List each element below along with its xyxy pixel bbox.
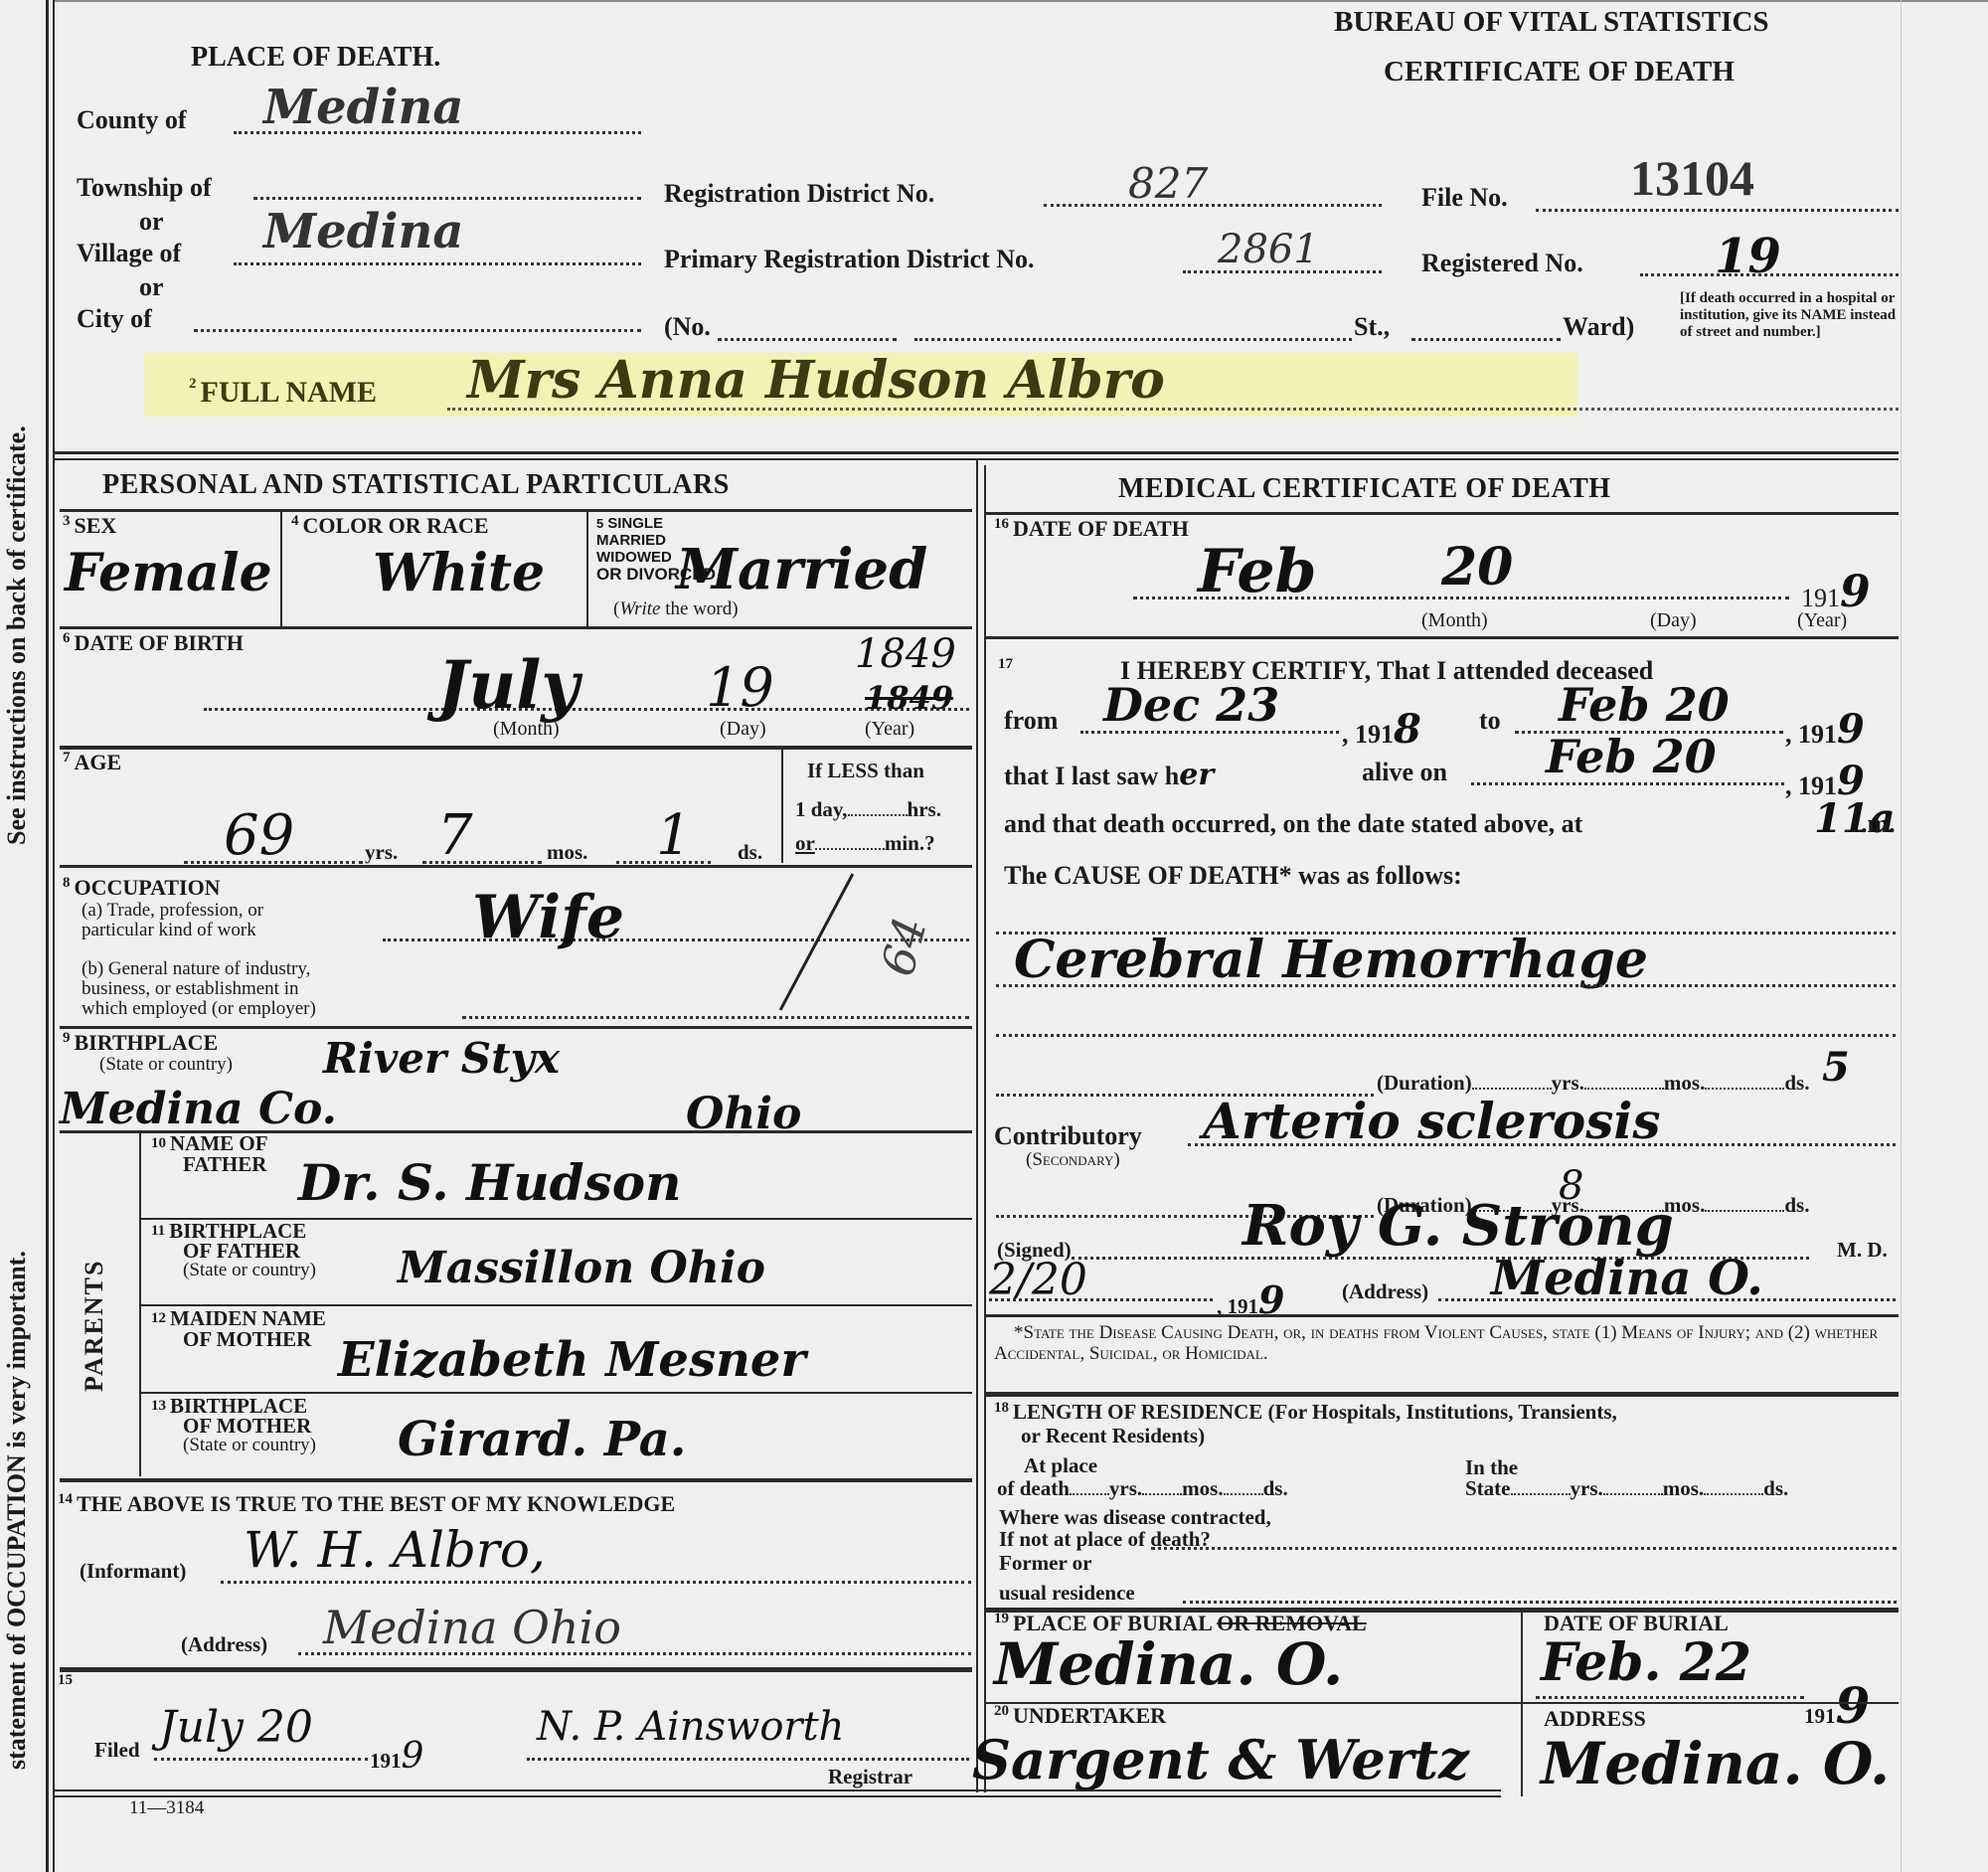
mother-birthplace-label-3: (State or country) (151, 1436, 316, 1455)
row-line-certify (986, 636, 1899, 639)
marital-value[interactable]: Married (676, 537, 927, 602)
date-of-death-day[interactable]: 20 (1441, 537, 1513, 597)
occupation-label: 8OCCUPATION (63, 875, 221, 901)
informant-title-text: THE ABOVE IS TRUE TO THE BEST OF MY KNOW… (77, 1491, 675, 1516)
burial-year-prefix: 191 (1804, 1704, 1836, 1728)
birthplace-sub: (State or country) (99, 1054, 233, 1076)
cause-line-3 (996, 1034, 1896, 1037)
column-divider-2 (984, 465, 986, 1792)
registration-district-line (1044, 204, 1382, 207)
dob-day[interactable]: 19 (706, 656, 774, 719)
birthplace-label-text: BIRTHPLACE (75, 1030, 219, 1055)
filed-date[interactable]: July 20 (159, 1702, 313, 1753)
bureau-title: BUREAU OF VITAL STATISTICS (1334, 6, 1769, 39)
death-occurred-label: and that death occurred, on the date sta… (1004, 809, 1582, 839)
registration-district-label: Registration District No. (664, 179, 934, 209)
dob-year-label: (Year) (865, 718, 914, 741)
alive-on-label: alive on (1362, 758, 1447, 787)
cause-title: The CAUSE OF DEATH* was as follows: (1004, 861, 1462, 891)
signed-address-label: (Address) (1342, 1279, 1428, 1304)
village-line (234, 262, 641, 265)
date-of-death-label-text: DATE OF DEATH (1013, 516, 1189, 541)
city-line (194, 329, 641, 332)
mother-birthplace-value[interactable]: Girard. Pa. (398, 1412, 687, 1467)
at-place-mos: mos. (1182, 1476, 1223, 1500)
left-border-inner (53, 0, 55, 1872)
sex-value[interactable]: Female (65, 543, 272, 603)
main-divider-1 (55, 451, 1899, 454)
file-no-line (1536, 209, 1899, 212)
father-birthplace-value[interactable]: Massillon Ohio (398, 1243, 765, 1293)
hrs-text: hrs. (908, 797, 941, 821)
informant-title: 14THE ABOVE IS TRUE TO THE BEST OF MY KN… (58, 1491, 675, 1517)
full-name-number: 2 (189, 376, 197, 392)
former-residence-label-1: Former or (999, 1551, 1091, 1576)
ward-line (1411, 338, 1561, 341)
occupation-b-label: (b) General nature of industry, business… (82, 959, 316, 1019)
one-day-label: 1 day,hrs. (795, 797, 941, 822)
at-place-yrs: yrs. (1109, 1476, 1142, 1500)
cause-line-2 (996, 984, 1896, 987)
filed-label: Filed (94, 1738, 140, 1763)
dob-label-text: DATE OF BIRTH (75, 630, 244, 655)
undertaker-label: 20UNDERTAKER (994, 1703, 1166, 1729)
certify-from-label: from (1004, 706, 1058, 736)
street-no-label: (No. (664, 312, 711, 342)
burial-divider (1521, 1613, 1523, 1796)
county-value[interactable]: Medina (263, 80, 463, 135)
hospital-note: [If death occurred in a hospital or inst… (1680, 290, 1899, 341)
race-label: 4COLOR OR RACE (291, 513, 489, 539)
primary-district-value[interactable]: 2861 (1218, 227, 1319, 272)
cause-ds-label: ds. (1784, 1071, 1809, 1095)
occupation-code: 64 (871, 912, 937, 982)
dob-label: 6DATE OF BIRTH (63, 630, 244, 656)
or-text: or (795, 831, 815, 855)
at-place-label-2: of death (997, 1476, 1070, 1500)
residence-title: 18LENGTH OF RESIDENCE (For Hospitals, In… (994, 1400, 1617, 1425)
filed-number: 15 (58, 1672, 73, 1689)
age-label-text: AGE (75, 750, 122, 774)
occupation-a-value[interactable]: Wife (472, 883, 624, 952)
residence-title-2: or Recent Residents) (1021, 1424, 1205, 1448)
occupation-a-label-1: (a) Trade, profession, or (82, 901, 263, 921)
father-birthplace-label-3: (State or country) (151, 1261, 316, 1280)
primary-district-label: Primary Registration District No. (664, 245, 1035, 274)
city-label: City of (77, 304, 152, 334)
certify-from-year-prefix: 191 (1355, 720, 1394, 749)
row-line-filed (60, 1667, 972, 1672)
contributory-label: Contributory (994, 1121, 1142, 1151)
dob-year-struck: 1849 (865, 679, 953, 717)
undertaker-value[interactable]: Sargent & Wertz (972, 1728, 1469, 1791)
undertaker-address-value[interactable]: Medina. O. (1541, 1730, 1890, 1797)
informant-value[interactable]: W. H. Albro, (244, 1521, 546, 1579)
or-min-label: ormin.? (795, 831, 935, 856)
father-name-number: 10 (151, 1135, 166, 1151)
burial-year-suffix[interactable]: 9 (1836, 1676, 1871, 1735)
column-divider-1 (976, 460, 978, 1792)
personal-section-title: PERSONAL AND STATISTICAL PARTICULARS (102, 469, 730, 501)
bottom-line-2 (55, 1795, 1501, 1797)
filed-year: 1919 (370, 1736, 423, 1777)
registrar-line (527, 1758, 969, 1761)
signed-value[interactable]: Roy G. Strong (1242, 1193, 1674, 1259)
informant-address-label: (Address) (181, 1632, 267, 1657)
min-text: min.? (885, 831, 935, 855)
registered-no-value[interactable]: 19 (1715, 229, 1781, 284)
father-birthplace-number: 11 (151, 1223, 165, 1239)
village-value[interactable]: Medina (263, 204, 463, 259)
row-line-footnote (986, 1314, 1899, 1317)
certify-to-label: to (1479, 706, 1501, 736)
certify-from-year: , 1918 (1342, 706, 1421, 753)
where-contracted-line (1151, 1547, 1897, 1550)
in-state-yrs: yrs. (1571, 1476, 1603, 1500)
marital-hint-write: Write (619, 598, 660, 619)
margin-note-bottom-text: statement of OCCUPATION is very importan… (2, 1251, 31, 1770)
father-birthplace-label-2: OF FATHER (151, 1241, 316, 1261)
age-mos-label: mos. (547, 840, 587, 865)
informant-line (221, 1581, 971, 1584)
mother-birthplace-label: 13BIRTHPLACE OF MOTHER (State or country… (151, 1396, 316, 1455)
birthplace-label: 9BIRTHPLACE (63, 1030, 218, 1056)
father-name-label-2: FATHER (151, 1154, 268, 1175)
right-border (1901, 0, 1902, 1872)
dod-day-label: (Day) (1650, 609, 1697, 632)
registrar-label: Registrar (828, 1765, 912, 1789)
place-of-death-title: PLACE OF DEATH. (191, 42, 440, 74)
birthplace-value-2[interactable]: Medina Co. (60, 1084, 337, 1134)
signed-date[interactable]: 2/20 (989, 1255, 1087, 1305)
informant-number: 14 (58, 1491, 73, 1507)
street-label: St., (1354, 312, 1390, 342)
contributory-ds-label: ds. (1784, 1193, 1809, 1217)
last-saw-label: that I last saw her (1004, 758, 1214, 792)
former-residence-line (1183, 1601, 1897, 1604)
father-birthplace-label: 11BIRTHPLACE OF FATHER (State or country… (151, 1221, 316, 1280)
row-line-informant (60, 1478, 972, 1482)
dod-month-label: (Month) (1421, 609, 1488, 632)
dod-year-label: (Year) (1797, 609, 1847, 632)
registrar-value[interactable]: N. P. Ainsworth (537, 1704, 844, 1750)
marital-option-single: SINGLE (607, 515, 663, 532)
race-value[interactable]: White (373, 543, 545, 603)
burial-year: 1919 (1804, 1676, 1870, 1735)
file-no-value[interactable]: 13104 (1630, 149, 1754, 207)
sex-race-divider (280, 511, 282, 628)
certify-from-year-suffix[interactable]: 8 (1394, 706, 1421, 753)
marital-number: 5 (596, 516, 603, 531)
residence-title-text: LENGTH OF RESIDENCE (For Hospitals, Inst… (1013, 1400, 1617, 1424)
certify-to-year-prefix: 191 (1798, 720, 1837, 749)
mother-name-label-2: OF MOTHER (151, 1329, 326, 1350)
footnote: *State the Disease Causing Death, or, in… (994, 1322, 1894, 1364)
row-line-residence (986, 1392, 1899, 1397)
top-border (55, 0, 1988, 2)
street-no-line (718, 338, 897, 341)
mother-name-value[interactable]: Elizabeth Mesner (338, 1332, 806, 1388)
occupation-b-label-1: (b) General nature of industry, (82, 959, 316, 979)
in-state-mos: mos. (1663, 1476, 1704, 1500)
age-ds-label: ds. (738, 840, 762, 865)
row-line-birthplace (60, 1026, 972, 1029)
birthplace-number: 9 (63, 1030, 71, 1046)
last-saw-label-text: that I last saw h (1004, 762, 1179, 790)
certify-from-value[interactable]: Dec 23 (1103, 678, 1279, 732)
last-saw-pronoun[interactable]: er (1179, 758, 1214, 792)
full-name-label-text: FULL NAME (201, 376, 378, 409)
age-months[interactable]: 7 (437, 803, 473, 868)
birthplace-value-1[interactable]: River Styx (323, 1034, 560, 1083)
filed-date-line (154, 1758, 368, 1761)
file-no-label: File No. (1421, 183, 1508, 213)
county-label: County of (77, 105, 187, 135)
mother-birthplace-number: 13 (151, 1398, 166, 1414)
sex-label: 3SEX (63, 513, 116, 539)
in-state-label-2: State (1465, 1476, 1511, 1500)
village-label: Village of (77, 239, 181, 268)
burial-date-value[interactable]: Feb. 22 (1541, 1632, 1751, 1693)
dob-line (204, 708, 969, 711)
date-of-death-label: 16DATE OF DEATH (994, 516, 1189, 542)
dob-month[interactable]: July (437, 646, 580, 724)
occupation-label-text: OCCUPATION (75, 875, 221, 900)
certify-to-year-suffix[interactable]: 9 (1837, 706, 1865, 753)
occupation-a-label-2: particular kind of work (82, 921, 263, 940)
date-of-death-year-prefix: 191 (1801, 584, 1840, 612)
contributory-value[interactable]: Arterio sclerosis (1203, 1092, 1661, 1150)
age-years[interactable]: 69 (224, 803, 294, 868)
age-less-divider (781, 750, 783, 863)
residence-number: 18 (994, 1400, 1009, 1416)
dob-month-label: (Month) (493, 718, 560, 741)
md-label: M. D. (1837, 1238, 1888, 1263)
dob-year[interactable]: 1849 (855, 631, 956, 677)
race-marital-divider (586, 511, 588, 628)
left-border-outer (46, 0, 49, 1872)
less-than-label: If LESS than (807, 759, 924, 783)
occupation-a-label: (a) Trade, profession, or particular kin… (82, 901, 263, 940)
sex-number: 3 (63, 513, 71, 529)
form-number: 11—3184 (129, 1797, 204, 1819)
margin-note-top: See instructions on back of certificate. (2, 0, 32, 845)
occupation-b-label-2: business, or establishment in (82, 979, 316, 999)
informant-label: (Informant) (80, 1559, 186, 1584)
left-header-line (60, 509, 972, 512)
cause-duration-days[interactable]: 5 (1822, 1044, 1850, 1091)
occupation-b-label-3: which employed (or employer) (82, 999, 316, 1019)
or-1: or (139, 207, 164, 237)
cause-mos-label: mos. (1664, 1071, 1705, 1095)
margin-note-bottom: statement of OCCUPATION is very importan… (2, 1251, 32, 1770)
age-yrs-label: yrs. (365, 840, 398, 865)
secondary-label: (Secondary) (1026, 1149, 1120, 1171)
medical-section-title: MEDICAL CERTIFICATE OF DEATH (1118, 473, 1611, 505)
mother-birthplace-label-2: OF MOTHER (151, 1416, 316, 1436)
at-place-label-1: At place (1024, 1453, 1097, 1478)
or-2: or (139, 272, 164, 302)
mother-name-label: 12MAIDEN NAME OF MOTHER (151, 1308, 326, 1350)
certify-to-value[interactable]: Feb 20 (1559, 678, 1730, 732)
undertaker-number: 20 (994, 1703, 1009, 1719)
sex-label-text: SEX (75, 513, 117, 538)
mother-name-number: 12 (151, 1310, 166, 1326)
dob-day-label: (Day) (720, 718, 766, 741)
dob-number: 6 (63, 630, 71, 646)
undertaker-label-text: UNDERTAKER (1013, 1703, 1166, 1728)
right-header-line (986, 512, 1899, 515)
at-place-line: of deathyrs.mos.ds. (997, 1476, 1288, 1501)
one-day-text: 1 day, (795, 797, 848, 821)
in-state-ds: ds. (1763, 1476, 1788, 1500)
death-time-suffix: .m. (1861, 809, 1896, 839)
age-label: 7AGE (63, 750, 121, 775)
alive-on-value[interactable]: Feb 20 (1546, 730, 1717, 783)
cause-value[interactable]: Cerebral Hemorrhage (1014, 930, 1648, 990)
date-of-death-month[interactable]: Feb (1198, 537, 1316, 606)
row-line-dob (60, 626, 972, 629)
in-state-line: Stateyrs.mos.ds. (1465, 1476, 1788, 1501)
former-residence-label-2: usual residence (999, 1581, 1135, 1606)
township-label: Township of (77, 173, 212, 203)
street-line (914, 338, 1352, 341)
date-of-death-number: 16 (994, 516, 1009, 532)
signed-address-value[interactable]: Medina O. (1491, 1251, 1763, 1306)
age-days[interactable]: 1 (656, 803, 692, 868)
registration-district-value[interactable]: 827 (1128, 159, 1208, 208)
undertaker-address-label: ADDRESS (1544, 1706, 1646, 1732)
full-name-value[interactable]: Mrs Anna Hudson Albro (467, 350, 1165, 411)
registered-no-label: Registered No. (1421, 249, 1583, 278)
filed-year-suffix[interactable]: 9 (402, 1736, 424, 1777)
father-name-label: 10NAME OF FATHER (151, 1133, 268, 1175)
occupation-number: 8 (63, 875, 71, 891)
certify-number: 17 (998, 656, 1013, 673)
occupation-b-line (462, 1016, 969, 1019)
burial-date-line (1536, 1696, 1804, 1699)
race-number: 4 (291, 513, 299, 529)
father-name-value[interactable]: Dr. S. Hudson (298, 1153, 681, 1212)
burial-place-value[interactable]: Medina. O. (994, 1630, 1343, 1698)
certify-to-year: , 1919 (1785, 706, 1865, 753)
filed-year-prefix: 191 (370, 1749, 402, 1773)
ward-label: Ward) (1563, 312, 1634, 342)
race-label-text: COLOR OR RACE (303, 513, 489, 538)
margin-note-top-text: See instructions on back of certificate. (2, 425, 31, 845)
township-line (253, 197, 641, 200)
informant-address-value[interactable]: Medina Ohio (323, 1601, 621, 1654)
at-place-ds: ds. (1263, 1476, 1288, 1500)
occupation-slash (779, 873, 854, 1010)
burial-number: 19 (994, 1611, 1009, 1626)
row-line-age (60, 746, 972, 750)
certificate-title: CERTIFICATE OF DEATH (1384, 56, 1735, 88)
full-name-label: 2FULL NAME (189, 376, 377, 410)
parents-label: PARENTS (80, 1260, 109, 1392)
age-number: 7 (63, 750, 71, 766)
row-line-occupation (60, 865, 972, 868)
